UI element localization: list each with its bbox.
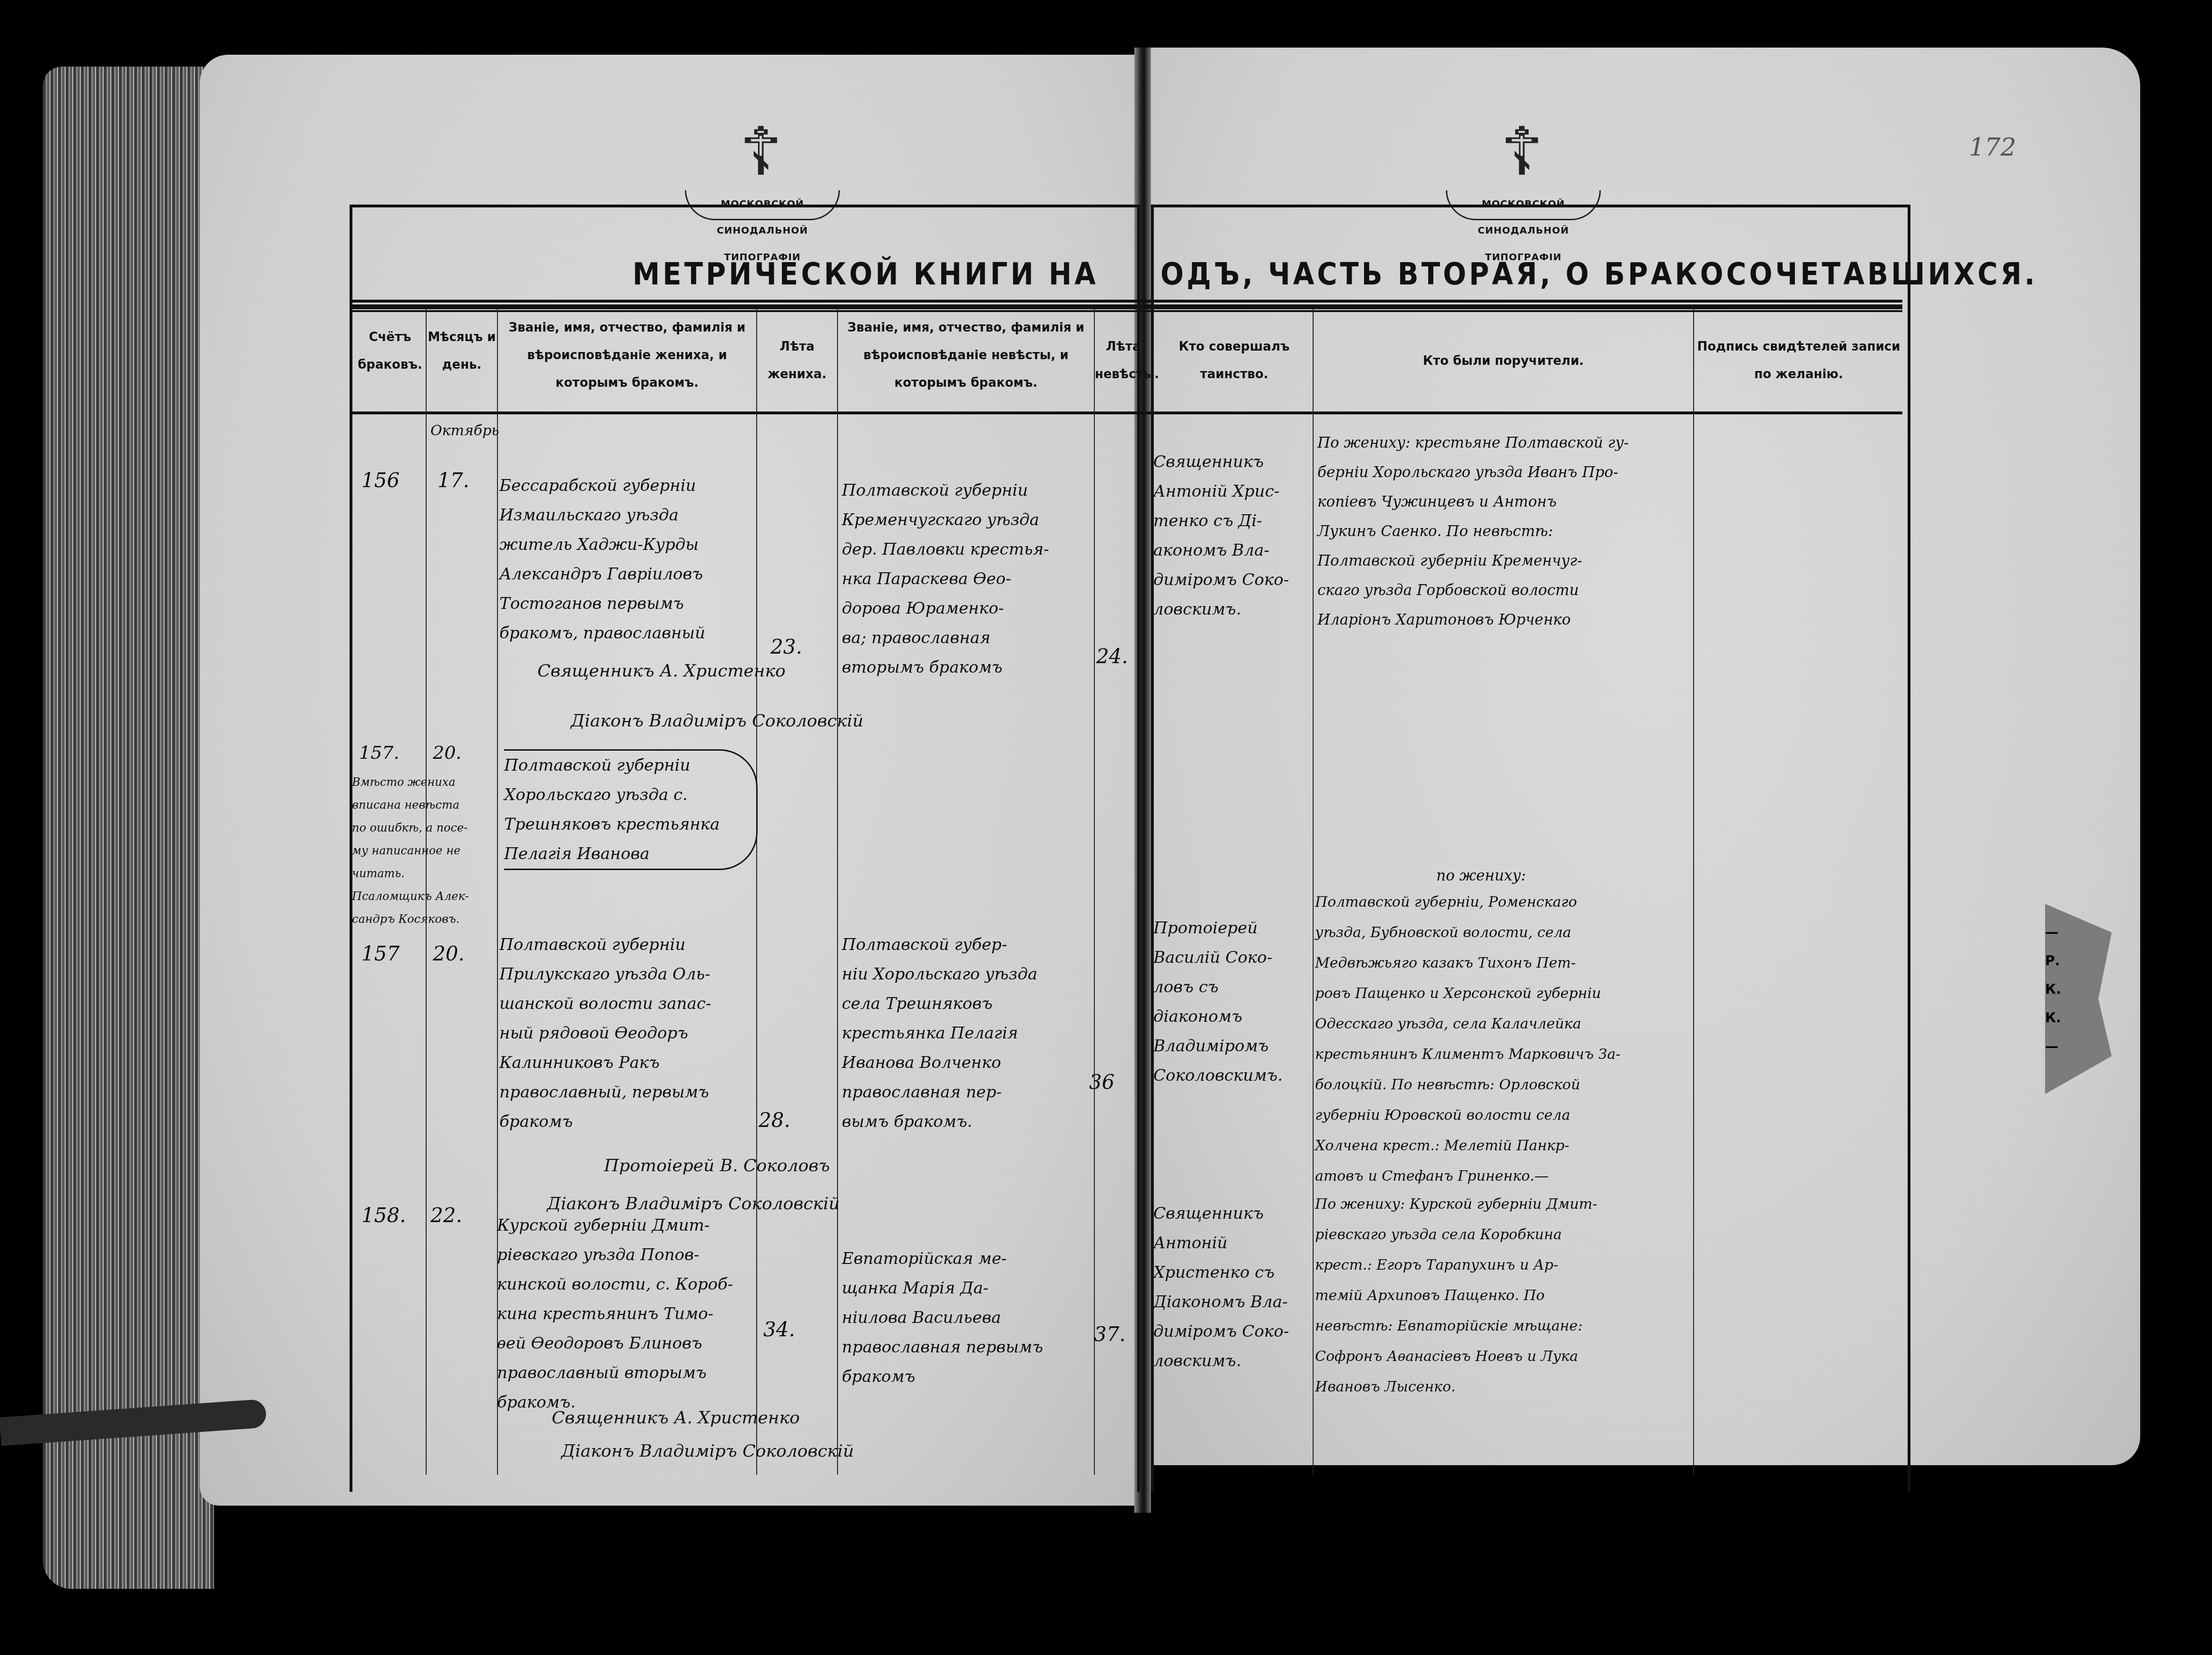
- entry-bride-age: 37.: [1094, 1322, 1126, 1346]
- col-header-groom: Званіе, имя, отчество, фамилія и вѣроисп…: [498, 314, 756, 397]
- col-header-bride-age: Лѣта невѣсты.: [1095, 333, 1152, 388]
- entry-bride-age: 24.: [1096, 645, 1128, 668]
- entry-sureties: По жениху: крестьяне Полтавской гу- берн…: [1317, 428, 1693, 635]
- signature-priest: Священникъ А. Христенко: [552, 1408, 800, 1428]
- entry-officiant: Священникъ Антоній Хрис- тенко съ Ді- ак…: [1153, 447, 1313, 624]
- header-rule-top: [352, 300, 1902, 312]
- column-divider: [1693, 309, 1694, 1475]
- entry-bride-age: 36: [1089, 1070, 1114, 1094]
- double-headed-eagle-icon: ☦: [1451, 114, 1593, 190]
- entry-day: 17.: [438, 469, 469, 492]
- double-headed-eagle-icon: ☦: [690, 114, 832, 190]
- column-divider: [1094, 309, 1095, 1475]
- margin-mark: —: [2045, 1032, 2059, 1061]
- entry-count: 157.: [359, 742, 400, 763]
- title-right: ОДЪ, ЧАСТЬ ВТОРАЯ, О БРАКОСОЧЕТАВШИХСЯ.: [1160, 257, 2037, 292]
- col-header-groom-age: Лѣта жениха.: [757, 333, 837, 388]
- column-divider: [1313, 309, 1314, 1475]
- entry-groom: Полтавской губерніи Прилукскаго уѣзда Ол…: [499, 930, 756, 1136]
- entry-sureties: По жениху: Курской губерніи Дмит- ріевск…: [1315, 1189, 1693, 1402]
- col-header-sureties: Кто были поручители.: [1314, 347, 1693, 375]
- entry-day: 20.: [433, 942, 465, 965]
- open-register-book: ☦ МОСКОВСКОЙ СИНОДАЛЬНОЙ ТИПОГРАФІИ ☦ МО…: [0, 0, 2212, 1655]
- entry-officiant: Протоіерей Василій Соко- ловъ съ діаконо…: [1153, 913, 1313, 1090]
- entry-day: 22.: [430, 1204, 462, 1227]
- entry-groom-age: 34.: [763, 1318, 795, 1341]
- entry-bride: Евпаторійская ме- щанка Марія Да- ніилов…: [842, 1244, 1094, 1391]
- signature-priest: Священникъ А. Христенко: [537, 661, 786, 681]
- entry-day: 20.: [433, 742, 461, 763]
- entry-bride: Полтавской губерніи Кременчугскаго уѣзда…: [842, 476, 1094, 682]
- entry-groom-age: 23.: [770, 635, 802, 658]
- margin-mark: Р.: [2045, 947, 2059, 975]
- entry-groom-struck: Полтавской губерніи Хорольскаго уѣзда с.…: [504, 749, 758, 870]
- entry-officiant: Священникъ Антоній Христенко съ Діаконом…: [1153, 1199, 1313, 1376]
- col-header-officiant: Кто совершалъ таинство.: [1156, 333, 1313, 388]
- entry-groom: Курской губерніи Дмит- ріевскаго уѣзда П…: [497, 1211, 756, 1417]
- entry-groom: Бессарабской губерніи Измаильскаго уѣзда…: [499, 471, 756, 648]
- header-rule-bottom: [352, 411, 1902, 414]
- entry-sureties: Полтавской губерніи, Роменскаго уѣзда, Б…: [1315, 887, 1693, 1192]
- entry-count: 156: [361, 469, 400, 492]
- correction-note: Вмѣсто жениха вписана невѣста по ошибкѣ,…: [352, 771, 497, 930]
- margin-marks: — Р. К. К. —: [2045, 918, 2059, 1061]
- entry-groom-age: 28.: [759, 1108, 790, 1132]
- signature-deacon: Діаконъ Владиміръ Соколовскій: [561, 1441, 854, 1461]
- margin-mark: —: [2045, 918, 2059, 947]
- margin-mark: К.: [2045, 1004, 2059, 1032]
- sureties-heading: по жениху:: [1436, 861, 1526, 891]
- margin-mark: К.: [2045, 975, 2059, 1004]
- column-divider: [756, 309, 757, 1475]
- column-divider: [837, 309, 838, 1475]
- entry-bride: Полтавской губер- ніи Хорольскаго уѣзда …: [842, 930, 1094, 1136]
- folio-number: 172: [1969, 133, 2016, 162]
- col-header-bride: Званіе, имя, отчество, фамилія и вѣроисп…: [838, 314, 1094, 397]
- month-label: Октябрь: [430, 416, 499, 446]
- col-header-month-day: Мѣсяцъ и день.: [427, 323, 497, 379]
- page-edge-stack: [43, 67, 214, 1589]
- entry-count: 157: [361, 942, 400, 965]
- title-left: МЕТРИЧЕСКОЙ КНИГИ НА: [633, 257, 1099, 292]
- col-header-count: Счётъ браковъ.: [354, 323, 426, 379]
- signature-archpriest: Протоіерей В. Соколовъ: [604, 1156, 830, 1175]
- entry-count: 158.: [361, 1204, 406, 1227]
- col-header-witness-signatures: Подпись свидѣтелей записи по желанію.: [1694, 333, 1903, 388]
- signature-deacon: Діаконъ Владиміръ Соколовскій: [571, 711, 864, 731]
